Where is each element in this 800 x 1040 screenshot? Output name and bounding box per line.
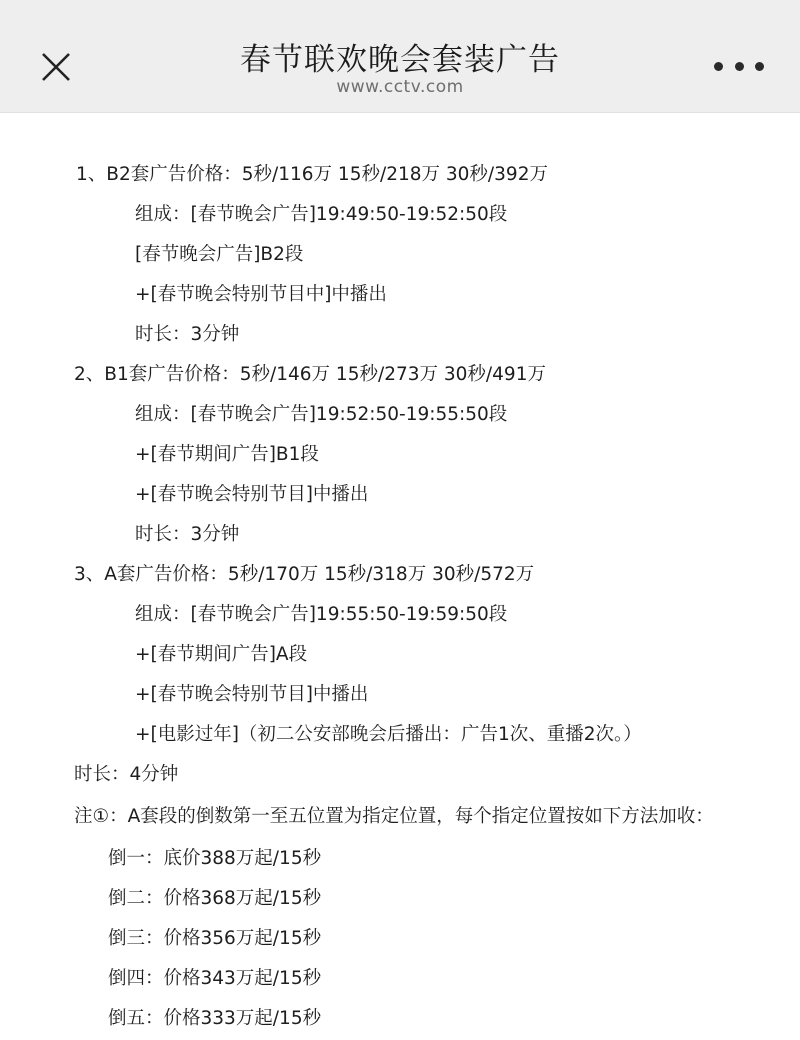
text-line: 2、B1套广告价格：5秒/146万 15秒/273万 30秒/491万 (74, 362, 546, 388)
more-icon-dot (755, 62, 764, 71)
text-line: 倒一：底价388万起/15秒 (108, 846, 321, 872)
text-line: 倒五：价格333万起/15秒 (108, 1006, 321, 1032)
text-line: 注①：A套段的倒数第一至五位置为指定位置，每个指定位置按如下方法加收： (74, 804, 714, 830)
text-line: 倒三：价格356万起/15秒 (108, 926, 321, 952)
text-line: 时长：3分钟 (135, 322, 239, 348)
text-line: +[春节晚会特别节目中]中播出 (135, 282, 387, 308)
more-icon-dot (714, 62, 723, 71)
text-line: +[春节晚会特别节目]中播出 (135, 682, 368, 708)
text-line: +[电影过年]（初二公安部晚会后播出：广告1次、重播2次。） (135, 722, 642, 748)
text-line: 1、B2套广告价格：5秒/116万 15秒/218万 30秒/392万 (76, 162, 548, 188)
more-icon-dot (735, 62, 744, 71)
text-line: +[春节期间广告]A段 (135, 642, 307, 668)
text-line: +[春节期间广告]B1段 (135, 442, 319, 468)
text-line: 组成：[春节晚会广告]19:52:50-19:55:50段 (135, 402, 507, 428)
text-line: 3、A套广告价格：5秒/170万 15秒/318万 30秒/572万 (74, 562, 534, 588)
text-line: [春节晚会广告]B2段 (135, 242, 303, 268)
page-url: www.cctv.com (0, 77, 800, 97)
text-line: 组成：[春节晚会广告]19:49:50-19:52:50段 (135, 202, 507, 228)
text-line: 时长：4分钟 (74, 762, 178, 788)
text-line: +[春节晚会特别节目]中播出 (135, 482, 368, 508)
text-line: 倒四：价格343万起/15秒 (108, 966, 321, 992)
more-button[interactable] (714, 58, 764, 74)
text-line: 组成：[春节晚会广告]19:55:50-19:59:50段 (135, 602, 507, 628)
text-line: 倒二：价格368万起/15秒 (108, 886, 321, 912)
text-line: 时长：3分钟 (135, 522, 239, 548)
page-title: 春节联欢晚会套装广告 (0, 34, 800, 79)
nav-header: 春节联欢晚会套装广告 www.cctv.com (0, 0, 800, 113)
